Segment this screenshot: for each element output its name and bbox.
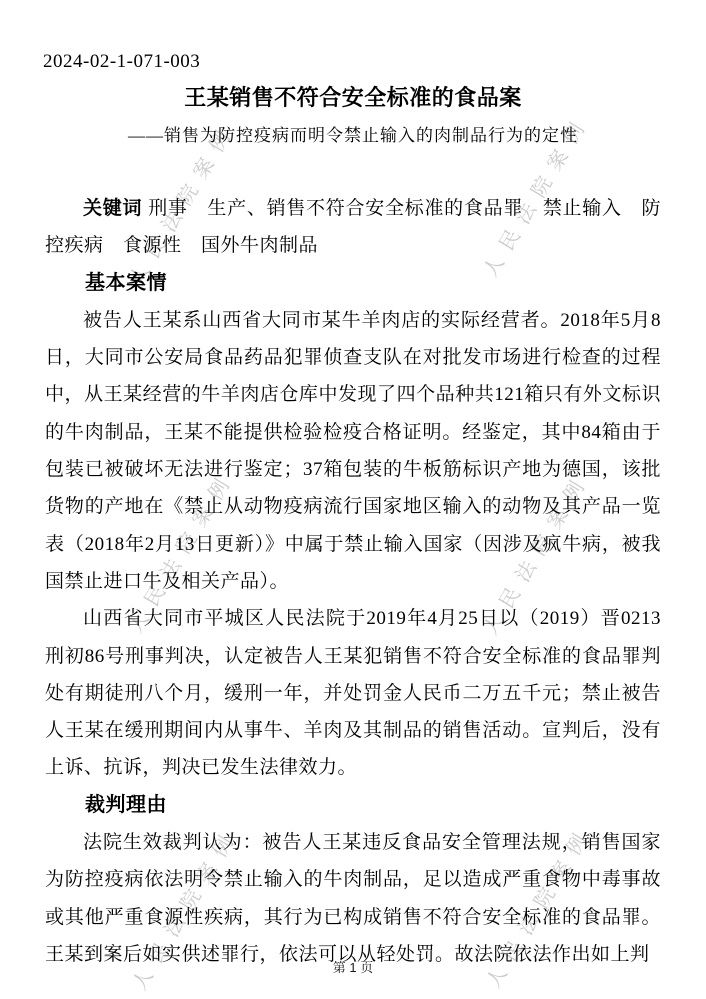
paragraph-case-facts-1: 被告人王某系山西省大同市某牛羊肉店的实际经营者。2018年5月8日，大同市公安局… xyxy=(45,302,661,600)
document-body: 关键词刑事 生产、销售不符合安全标准的食品罪 禁止输入 防控疾病 食源性 国外牛… xyxy=(45,190,661,973)
section-heading-judgment-reasons: 裁判理由 xyxy=(45,787,661,824)
keywords-label: 关键词 xyxy=(83,198,142,219)
paragraph-judgment-reasons-1: 法院生效裁判认为：被告人王某违反食品安全管理法规，销售国家为防控疫病依法明令禁止… xyxy=(45,824,661,973)
page-footer: 第 1 页 xyxy=(0,957,706,976)
case-title: 王某销售不符合安全标准的食品案 xyxy=(0,81,706,112)
page-number: 第 1 页 xyxy=(333,960,373,975)
paragraph-case-facts-2: 山西省大同市平城区人民法院于2019年4月25日以（2019）晋0213刑初86… xyxy=(45,600,661,786)
section-heading-basic-facts: 基本案情 xyxy=(45,265,661,302)
document-page: 人民法院案例 人民法院案例 人民法院案例 人民法院案例 人民法院案例 人民法院案… xyxy=(0,0,706,999)
case-subtitle: ——销售为防控疫病而明令禁止输入的肉制品行为的定性 xyxy=(0,121,706,146)
keywords-line: 关键词刑事 生产、销售不符合安全标准的食品罪 禁止输入 防控疾病 食源性 国外牛… xyxy=(45,190,661,265)
doc-number: 2024-02-1-071-003 xyxy=(43,51,200,73)
